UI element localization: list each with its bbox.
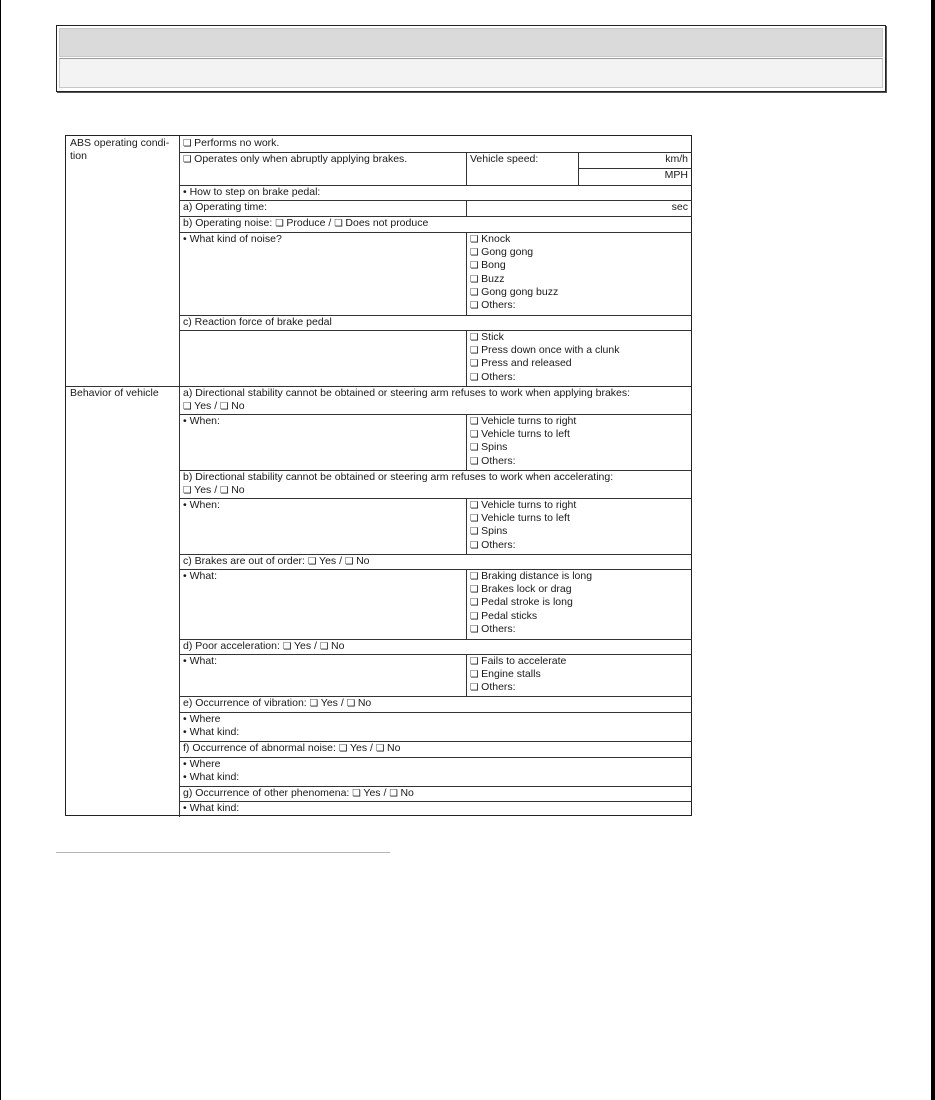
no-checkbox-icon[interactable]: ❏ (345, 556, 356, 567)
noise-option: ❏ Knock (470, 233, 688, 246)
what-kind-noise-label-cell: • What kind of noise? (179, 232, 466, 315)
what-kind-label: • What kind: (183, 802, 688, 815)
brake-option: ❏ Others: (470, 623, 688, 636)
no-label: No (231, 484, 244, 496)
option-label: Brakes lock or drag (481, 583, 571, 595)
reaction-option: ❏ Press down once with a clunk (470, 344, 688, 357)
reaction-force-label: c) Reaction force of brake pedal (183, 316, 688, 329)
operating-time-field[interactable]: sec (466, 200, 692, 216)
operating-time-label-cell: a) Operating time: (179, 200, 466, 216)
question-text: f) Occurrence of abnormal noise: (183, 742, 339, 754)
what-label-cell-brakes: • What: (179, 569, 466, 639)
accel-option: ❏ Engine stalls (470, 668, 688, 681)
accel-option: ❏ Others: (470, 681, 688, 694)
row-performs-no-work: ❏ Performs no work. (179, 136, 692, 152)
option-label: Press and released (481, 357, 571, 369)
direction-option: ❏ Others: (470, 539, 688, 552)
reaction-option: ❏ Others: (470, 371, 688, 384)
option-label: Spins (481, 525, 507, 537)
yes-no-line: ❏ Yes / ❏ No (183, 400, 688, 413)
yes-no-line: ❏ Yes / ❏ No (183, 484, 688, 497)
option-label: Others: (481, 455, 515, 467)
no-checkbox-icon[interactable]: ❏ (220, 401, 231, 412)
question-text: d) Poor acceleration: (183, 640, 283, 652)
checkbox-icon[interactable]: ❏ (183, 138, 194, 149)
checkbox-icon[interactable]: ❏ (470, 624, 481, 635)
row-g-other-phenomena: g) Occurrence of other phenomena: ❏ Yes … (179, 786, 692, 801)
header-subtitle-bar (59, 58, 883, 88)
yes-label: Yes / (194, 484, 220, 496)
option-label: Others: (481, 623, 515, 635)
option-label: Vehicle turns to left (481, 512, 570, 524)
row-operating-noise: b) Operating noise: ❏ Produce / ❏ Does n… (179, 216, 692, 232)
no-label: No (231, 400, 244, 412)
no-label: No (400, 787, 413, 799)
option-label: Pedal sticks (481, 610, 537, 622)
option-label: Gong gong (481, 246, 533, 258)
noise-option: ❏ Buzz (470, 273, 688, 286)
option-label: Spins (481, 441, 507, 453)
yes-checkbox-icon[interactable]: ❏ (183, 485, 194, 496)
yes-no-line: f) Occurrence of abnormal noise: ❏ Yes /… (183, 742, 688, 755)
yes-label: Yes / (321, 697, 347, 709)
section-label-text: Behavior of vehicle (70, 387, 175, 400)
where-label: • Where (183, 758, 688, 771)
checkbox-icon[interactable]: ❏ (183, 154, 194, 165)
reaction-option: ❏ Press and released (470, 357, 688, 370)
page-edge-right (931, 0, 935, 1100)
checkbox-icon[interactable]: ❏ (470, 526, 481, 537)
option-label: Press down once with a clunk (481, 344, 619, 356)
yes-checkbox-icon[interactable]: ❏ (339, 743, 350, 754)
no-label: No (331, 640, 344, 652)
section-label-text: ABS operating condi- tion (70, 137, 175, 163)
no-checkbox-icon[interactable]: ❏ (389, 788, 400, 799)
noise-options: ❏ Knock❏ Gong gong❏ Bong❏ Buzz❏ Gong gon… (466, 232, 692, 315)
checkbox-icon[interactable]: ❏ (470, 300, 481, 311)
option-operates-only-abrupt: ❏ Operates only when abruptly applying b… (183, 153, 462, 166)
no-checkbox-icon[interactable]: ❏ (320, 641, 331, 652)
brake-option: ❏ Pedal sticks (470, 610, 688, 623)
direction-options-b: ❏ Vehicle turns to right❏ Vehicle turns … (466, 498, 692, 554)
brake-option: ❏ Brakes lock or drag (470, 583, 688, 596)
when-label-cell-b: • When: (179, 498, 466, 554)
reaction-force-blank (179, 330, 466, 386)
checkbox-icon[interactable]: ❏ (470, 345, 481, 356)
checkbox-icon[interactable]: ❏ (470, 597, 481, 608)
checkbox-icon[interactable]: ❏ (470, 372, 481, 383)
no-label: No (387, 742, 400, 754)
row-reaction-force: c) Reaction force of brake pedal (179, 315, 692, 330)
checkbox-icon[interactable]: ❏ (470, 358, 481, 369)
yes-label: Yes / (319, 555, 345, 567)
checkbox-icon[interactable]: ❏ (470, 260, 481, 271)
row-d-poor-acceleration: d) Poor acceleration: ❏ Yes / ❏ No (179, 639, 692, 654)
option-label: Stick (481, 331, 504, 343)
page-edge-left (0, 0, 1, 1100)
checkbox-icon[interactable]: ❏ (470, 669, 481, 680)
where-label: • Where (183, 713, 688, 726)
option-label: Operates only when abruptly applying bra… (194, 153, 407, 165)
question-text: c) Brakes are out of order: (183, 555, 308, 567)
question-text: g) Occurrence of other phenomena: (183, 787, 352, 799)
row-f-abnormal-noise: f) Occurrence of abnormal noise: ❏ Yes /… (179, 741, 692, 757)
checkbox-icon[interactable]: ❏ (470, 571, 481, 582)
noise-option: ❏ Bong (470, 259, 688, 272)
what-label-cell-accel: • What: (179, 654, 466, 696)
operating-noise-line: b) Operating noise: ❏ Produce / ❏ Does n… (183, 217, 688, 230)
option-label: Others: (481, 371, 515, 383)
header-title-bar (59, 28, 883, 57)
question-text: b) Operating noise: (183, 217, 275, 229)
option-label: Vehicle turns to right (481, 415, 576, 427)
row-operates-only-abrupt: ❏ Operates only when abruptly applying b… (179, 152, 466, 185)
question-text: a) Directional stability cannot be obtai… (183, 387, 688, 400)
option-label: Pedal stroke is long (481, 596, 573, 608)
direction-options-a: ❏ Vehicle turns to right❏ Vehicle turns … (466, 414, 692, 470)
unit-sec: sec (470, 201, 688, 214)
accel-option: ❏ Fails to accelerate (470, 655, 688, 668)
section-label-behavior-of-vehicle: Behavior of vehicle (66, 386, 179, 817)
yes-label: Yes / (350, 742, 376, 754)
option-label: Others: (481, 539, 515, 551)
yes-checkbox-icon[interactable]: ❏ (310, 698, 321, 709)
vehicle-speed-label: Vehicle speed: (470, 153, 574, 166)
row-b-directional-accel: b) Directional stability cannot be obtai… (179, 470, 692, 498)
vehicle-speed-label-cell: Vehicle speed: (466, 152, 578, 185)
no-checkbox-icon[interactable]: ❏ (347, 698, 358, 709)
checkbox-icon[interactable]: ❏ (470, 247, 481, 258)
direction-option: ❏ Vehicle turns to left (470, 512, 688, 525)
row-a-directional-braking: a) Directional stability cannot be obtai… (179, 386, 692, 414)
option-label: Engine stalls (481, 668, 541, 680)
not-produce-label: Does not produce (345, 217, 428, 229)
yes-no-line: d) Poor acceleration: ❏ Yes / ❏ No (183, 640, 688, 653)
page-header (56, 25, 886, 92)
yes-checkbox-icon[interactable]: ❏ (308, 556, 319, 567)
option-label: Buzz (481, 273, 504, 285)
produce-label: Produce / (286, 217, 334, 229)
question-text: e) Occurrence of vibration: (183, 697, 310, 709)
no-checkbox-icon[interactable]: ❏ (376, 743, 387, 754)
accel-options: ❏ Fails to accelerate❏ Engine stalls❏ Ot… (466, 654, 692, 696)
yes-label: Yes / (194, 400, 220, 412)
checkbox-icon[interactable]: ❏ (470, 540, 481, 551)
what-kind-label: • What kind: (183, 726, 688, 739)
option-label: Vehicle turns to left (481, 428, 570, 440)
what-kind-noise-label: • What kind of noise? (183, 233, 462, 246)
checkbox-icon[interactable]: ❏ (470, 611, 481, 622)
produce-checkbox-icon[interactable]: ❏ (275, 218, 286, 229)
option-label: Others: (481, 299, 515, 311)
what-label: • What: (183, 570, 462, 583)
when-label: • When: (183, 415, 462, 428)
what-kind-label: • What kind: (183, 771, 688, 784)
vibration-details: • Where• What kind: (179, 712, 692, 741)
when-label: • When: (183, 499, 462, 512)
speed-kmh-field[interactable]: km/h (578, 152, 692, 168)
checkbox-icon[interactable]: ❏ (470, 274, 481, 285)
question-text: b) Directional stability cannot be obtai… (183, 471, 688, 484)
option-label: Others: (481, 681, 515, 693)
option-label: Performs no work. (194, 137, 279, 149)
not-produce-checkbox-icon[interactable]: ❏ (334, 218, 345, 229)
option-label: Braking distance is long (481, 570, 592, 582)
checkbox-icon[interactable]: ❏ (470, 442, 481, 453)
direction-option: ❏ Spins (470, 525, 688, 538)
reaction-options: ❏ Stick❏ Press down once with a clunk❏ P… (466, 330, 692, 386)
yes-no-line: e) Occurrence of vibration: ❏ Yes / ❏ No (183, 697, 688, 710)
yes-checkbox-icon[interactable]: ❏ (352, 788, 363, 799)
yes-label: Yes / (294, 640, 320, 652)
row-c-brakes-out-of-order: c) Brakes are out of order: ❏ Yes / ❏ No (179, 554, 692, 569)
checkbox-icon[interactable]: ❏ (470, 500, 481, 511)
checkbox-icon[interactable]: ❏ (470, 513, 481, 524)
direction-option: ❏ Others: (470, 455, 688, 468)
checkbox-icon[interactable]: ❏ (470, 584, 481, 595)
checkbox-icon[interactable]: ❏ (470, 287, 481, 298)
no-label: No (356, 555, 369, 567)
yes-no-line: c) Brakes are out of order: ❏ Yes / ❏ No (183, 555, 688, 568)
direction-option: ❏ Vehicle turns to right (470, 499, 688, 512)
option-label: Knock (481, 233, 510, 245)
checkbox-icon[interactable]: ❏ (470, 682, 481, 693)
unit-mph: MPH (582, 169, 688, 182)
checkbox-icon[interactable]: ❏ (470, 416, 481, 427)
checkbox-icon[interactable]: ❏ (470, 456, 481, 467)
row-how-to-step: • How to step on brake pedal: (179, 185, 692, 200)
checkbox-icon[interactable]: ❏ (470, 234, 481, 245)
yes-checkbox-icon[interactable]: ❏ (283, 641, 294, 652)
how-to-step-label: • How to step on brake pedal: (183, 186, 688, 199)
option-label: Bong (481, 259, 506, 271)
footer-rule (56, 852, 390, 853)
brake-option: ❏ Pedal stroke is long (470, 596, 688, 609)
option-label: Gong gong buzz (481, 286, 558, 298)
what-label: • What: (183, 655, 462, 668)
direction-option: ❏ Vehicle turns to right (470, 415, 688, 428)
section-label-abs-operating-condition: ABS operating condi- tion (66, 136, 179, 386)
when-label-cell-a: • When: (179, 414, 466, 470)
other-phenomena-details: • What kind: (179, 801, 692, 817)
checkbox-icon[interactable]: ❏ (470, 429, 481, 440)
noise-option: ❏ Others: (470, 299, 688, 312)
checkbox-icon[interactable]: ❏ (470, 332, 481, 343)
option-performs-no-work: ❏ Performs no work. (183, 137, 688, 150)
operating-time-label: a) Operating time: (183, 201, 462, 214)
direction-option: ❏ Vehicle turns to left (470, 428, 688, 441)
unit-kmh: km/h (582, 153, 688, 166)
reaction-option: ❏ Stick (470, 331, 688, 344)
noise-option: ❏ Gong gong (470, 246, 688, 259)
no-checkbox-icon[interactable]: ❏ (220, 485, 231, 496)
yes-no-line: g) Occurrence of other phenomena: ❏ Yes … (183, 787, 688, 800)
noise-option: ❏ Gong gong buzz (470, 286, 688, 299)
option-label: Fails to accelerate (481, 655, 566, 667)
yes-label: Yes / (363, 787, 389, 799)
option-label: Vehicle turns to right (481, 499, 576, 511)
yes-checkbox-icon[interactable]: ❏ (183, 401, 194, 412)
no-label: No (358, 697, 371, 709)
row-e-vibration: e) Occurrence of vibration: ❏ Yes / ❏ No (179, 696, 692, 712)
checkbox-icon[interactable]: ❏ (470, 656, 481, 667)
speed-mph-field[interactable]: MPH (578, 168, 692, 185)
abnormal-noise-details: • Where• What kind: (179, 757, 692, 786)
direction-option: ❏ Spins (470, 441, 688, 454)
brake-option: ❏ Braking distance is long (470, 570, 688, 583)
abs-check-sheet: ABS operating condi- tionBehavior of veh… (65, 135, 692, 816)
brake-options: ❏ Braking distance is long❏ Brakes lock … (466, 569, 692, 639)
